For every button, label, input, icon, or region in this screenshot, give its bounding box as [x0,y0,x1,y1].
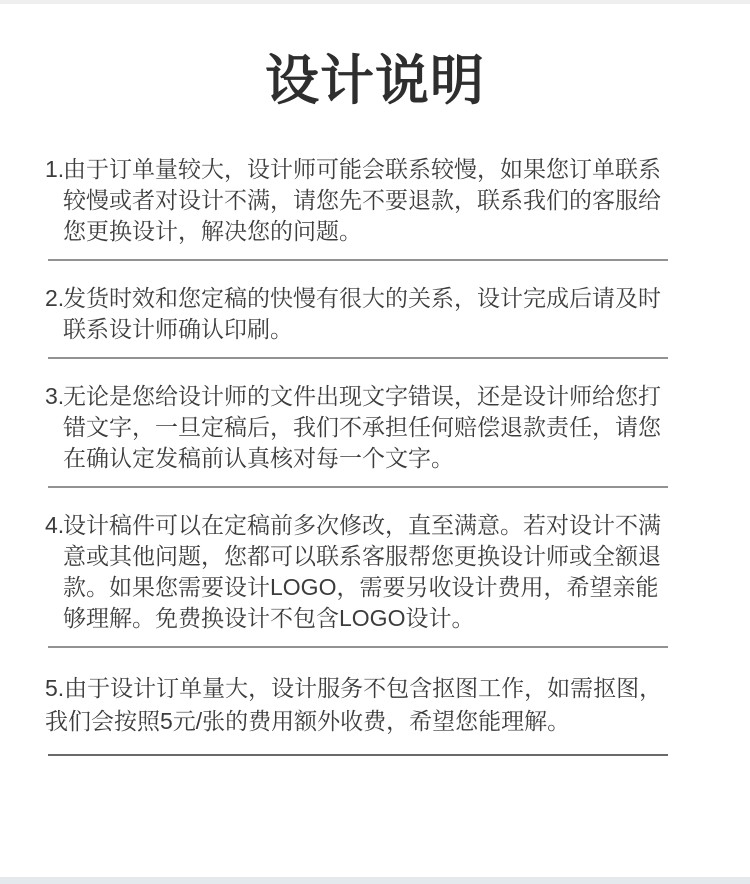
design-notice-page: 设计说明 1. 由于订单量较大，设计师可能会联系较慢，如果您订单联系较慢或者对设… [0,0,750,884]
item-text: 设计稿件可以在定稿前多次修改，直至满意。若对设计不满意或其他问题，您都可以联系客… [63,510,670,634]
divider [48,646,668,648]
item-number: 4. [45,510,63,634]
notice-item-2: 2. 发货时效和您定稿的快慢有很大的关系，设计完成后请及时联系设计师确认印刷。 [45,283,670,345]
item-number: 1. [45,154,63,247]
notice-item-4: 4. 设计稿件可以在定稿前多次修改，直至满意。若对设计不满意或其他问题，您都可以… [45,510,670,634]
item-number: 3. [45,381,63,474]
notice-item-3: 3. 无论是您给设计师的文件出现文字错误，还是设计师给您打错文字，一旦定稿后，我… [45,381,670,474]
divider [48,259,668,261]
item-text: 发货时效和您定稿的快慢有很大的关系，设计完成后请及时联系设计师确认印刷。 [63,283,670,345]
divider [48,486,668,488]
page-title: 设计说明 [0,52,750,110]
divider [48,357,668,359]
notice-item-1: 1. 由于订单量较大，设计师可能会联系较慢，如果您订单联系较慢或者对设计不满，请… [45,154,670,247]
item-text: 由于订单量较大，设计师可能会联系较慢，如果您订单联系较慢或者对设计不满，请您先不… [63,154,670,247]
divider [48,754,668,756]
notice-item-5: 5.由于设计订单量大，设计服务不包含抠图工作，如需抠图，我们会按照5元/张的费用… [45,672,670,738]
top-border-band [0,0,750,4]
bottom-border-band [0,877,750,884]
item-text: 无论是您给设计师的文件出现文字错误，还是设计师给您打错文字，一旦定稿后，我们不承… [63,381,670,474]
item-number: 2. [45,283,63,345]
notice-list: 1. 由于订单量较大，设计师可能会联系较慢，如果您订单联系较慢或者对设计不满，请… [45,154,670,756]
